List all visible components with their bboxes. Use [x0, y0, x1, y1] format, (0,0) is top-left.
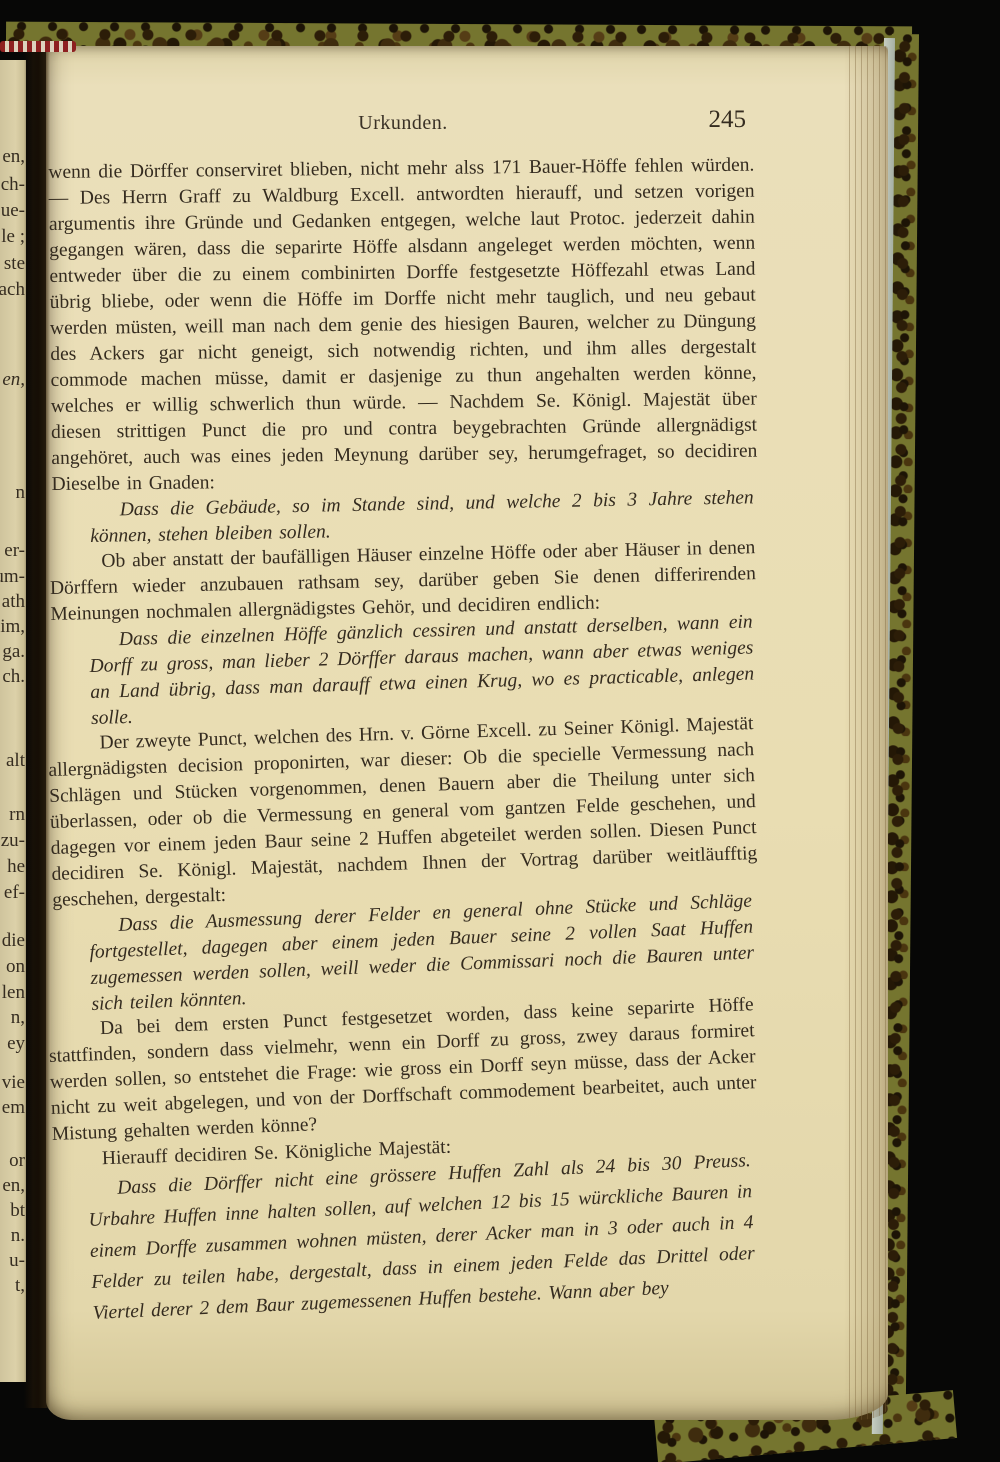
paragraph: Der zweyte Punct, welchen des Hrn. v. Gö…	[47, 711, 758, 914]
margin-fragment: die	[2, 930, 25, 952]
margin-fragment: he	[7, 856, 25, 878]
book-scan-scene: en,ch-ue-le ;steachen,ner-um-athim,ga.ch…	[0, 0, 1000, 1462]
paragraph: Da bei dem ersten Punct festgesetzet wor…	[48, 992, 758, 1148]
margin-fragment: er-	[4, 540, 25, 562]
page-edge-stack	[844, 46, 888, 1420]
book-page: Urkunden. 245 wenn die Dörffer conservir…	[46, 46, 888, 1420]
margin-fragment: im,	[0, 616, 25, 638]
margin-fragment: ath	[2, 591, 25, 613]
headband-red-stripes	[0, 41, 76, 52]
margin-fragment: ch-	[1, 174, 25, 196]
page-content: Urkunden. 245 wenn die Dörffer conservir…	[50, 46, 756, 1329]
margin-fragment: zu-	[1, 830, 25, 852]
margin-fragment: or	[9, 1150, 25, 1172]
facing-page-fragment-strip: en,ch-ue-le ;steachen,ner-um-athim,ga.ch…	[0, 60, 26, 1382]
margin-fragment: en,	[2, 369, 25, 391]
margin-fragment: ga.	[2, 641, 25, 663]
margin-fragment: n,	[11, 1007, 25, 1029]
page-text: wenn die Dörffer conserviret blieben, ni…	[50, 160, 756, 1329]
margin-fragment: bt	[10, 1200, 25, 1222]
margin-fragment: alt	[6, 750, 25, 772]
paragraph: Dass die Dörffer nicht eine grössere Huf…	[87, 1145, 757, 1329]
margin-fragment: ey	[7, 1033, 25, 1055]
margin-fragment: n.	[11, 1225, 25, 1247]
margin-fragment: len	[2, 982, 25, 1004]
margin-fragment: u-	[9, 1250, 25, 1272]
margin-fragment: ach	[0, 279, 25, 301]
margin-fragment: on	[6, 956, 25, 978]
margin-fragment: ste	[4, 253, 25, 275]
page-number: 245	[709, 106, 747, 134]
margin-fragment: ue-	[1, 200, 25, 222]
margin-fragment: vie	[2, 1072, 25, 1094]
page-header: Urkunden. 245	[50, 112, 756, 148]
margin-fragment: ch.	[2, 666, 25, 688]
margin-fragment: em	[2, 1097, 25, 1119]
margin-fragment: um-	[0, 566, 25, 588]
margin-fragment: en,	[2, 146, 25, 168]
running-title: Urkunden.	[50, 112, 756, 135]
paragraph: wenn die Dörffer conserviret blieben, ni…	[48, 153, 758, 498]
gutter-shadow	[24, 52, 50, 1408]
margin-fragment: rn	[9, 804, 25, 826]
margin-fragment: en,	[2, 1175, 25, 1197]
margin-fragment: le ;	[1, 226, 25, 248]
margin-fragment: ef-	[4, 882, 25, 904]
